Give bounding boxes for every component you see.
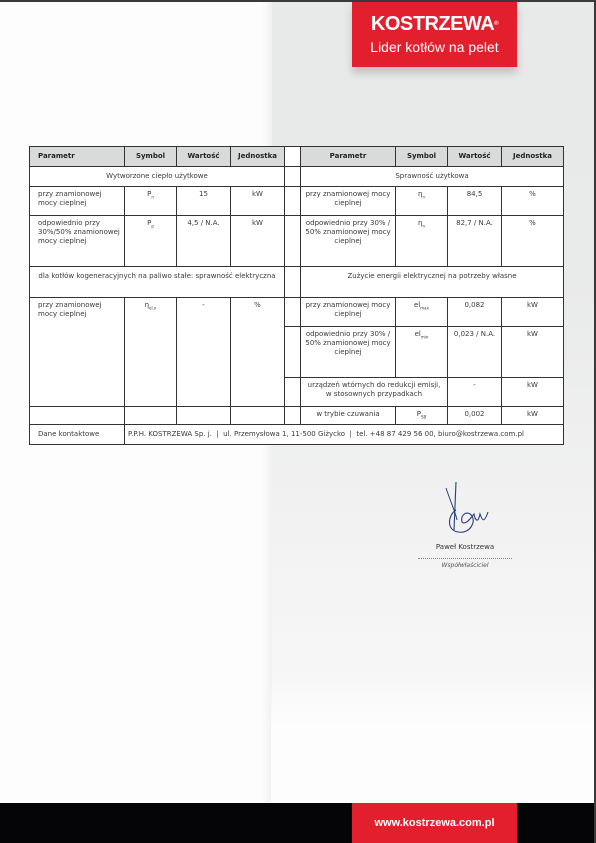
- symbol-subscript: SB: [421, 414, 426, 419]
- symbol-cell: ηn: [396, 216, 448, 267]
- table-header-row: Parametr Symbol Wartość Jednostka Parame…: [30, 147, 564, 167]
- section-row-1: Wytworzone ciepło użytkowe Sprawność uży…: [30, 167, 564, 187]
- value-cell: 4,5 / N.A.: [177, 216, 231, 267]
- param-cell: przy znamionowej mocy cieplnej: [301, 187, 396, 216]
- symbol-subscript: min: [421, 334, 429, 339]
- spacer-cell: [285, 407, 301, 425]
- spacer-cell: [285, 298, 301, 327]
- spacer-cell: [285, 378, 301, 407]
- param-cell: odpowiednio przy 30% / 50% znamionowej m…: [301, 216, 396, 267]
- contact-label: Dane kontaktowe: [30, 425, 125, 445]
- header-symbol-right: Symbol: [396, 147, 448, 167]
- empty-cell: [231, 407, 285, 425]
- symbol-subscript: n: [151, 194, 154, 199]
- symbol-cell: Pp: [125, 216, 177, 267]
- empty-cell: [30, 407, 125, 425]
- table-row: przy znamionowej mocy cieplnej Pn 15 kW …: [30, 187, 564, 216]
- contact-row: Dane kontaktowe P.P.H. KOSTRZEWA Sp. j. …: [30, 425, 564, 445]
- table-row: odpowiednio przy 30%/50% znamionowej moc…: [30, 216, 564, 267]
- empty-cell: [125, 407, 177, 425]
- symbol-subscript: n: [422, 194, 425, 199]
- unit-cell: kW: [502, 298, 564, 327]
- section-electricity-consumption: Zużycie energii elektrycznej na potrzeby…: [301, 267, 564, 298]
- header-jednostka-left: Jednostka: [231, 147, 285, 167]
- table-row: przy znamionowej mocy cieplnej ηel,n - %…: [30, 298, 564, 327]
- value-cell: 84,5: [448, 187, 502, 216]
- param-cell: przy znamionowej mocy cieplnej: [301, 298, 396, 327]
- brand-name-text: KOSTRZEWA: [371, 13, 494, 35]
- param-cell: przy znamionowej mocy cieplnej: [30, 298, 125, 407]
- symbol-cell: ηn: [396, 187, 448, 216]
- header-parametr-left: Parametr: [30, 147, 125, 167]
- value-cell: 82,7 / N.A.: [448, 216, 502, 267]
- symbol-subscript: max: [420, 305, 429, 310]
- unit-cell: %: [231, 298, 285, 407]
- header-parametr-right: Parametr: [301, 147, 396, 167]
- param-cell: w trybie czuwania: [301, 407, 396, 425]
- section-electrical-efficiency: dla kotłów kogeneracyjnych na paliwo sta…: [30, 267, 285, 298]
- signature-block: Paweł Kostrzewa Współwłaściciel: [400, 478, 530, 588]
- table-row: w trybie czuwania PSB 0,002 kW: [30, 407, 564, 425]
- header-spacer: [285, 147, 301, 167]
- signatory-name: Paweł Kostrzewa: [400, 543, 530, 551]
- header-wartosc-right: Wartość: [448, 147, 502, 167]
- value-cell: 15: [177, 187, 231, 216]
- signature-icon: [442, 480, 492, 538]
- brand-logo: KOSTRZEWA® Lider kotłów na pelet: [352, 2, 517, 67]
- signatory-role: Współwłaściciel: [400, 562, 530, 569]
- spacer-cell: [285, 187, 301, 216]
- param-cell: urządzeń wtórnych do redukcji emisji, w …: [301, 378, 448, 407]
- symbol-cell: ηel,n: [125, 298, 177, 407]
- section-row-2: dla kotłów kogeneracyjnych na paliwo sta…: [30, 267, 564, 298]
- spacer-cell: [285, 216, 301, 267]
- unit-cell: kW: [231, 187, 285, 216]
- unit-cell: kW: [502, 378, 564, 407]
- symbol-subscript: p: [151, 223, 154, 228]
- spacer-cell: [285, 167, 301, 187]
- symbol-cell: elmax: [396, 298, 448, 327]
- brand-tagline: Lider kotłów na pelet: [352, 39, 517, 55]
- parameters-table: Parametr Symbol Wartość Jednostka Parame…: [29, 146, 564, 445]
- unit-cell: kW: [231, 216, 285, 267]
- symbol-subscript: n: [422, 223, 425, 228]
- unit-cell: kW: [502, 327, 564, 378]
- symbol-cell: Pn: [125, 187, 177, 216]
- header-jednostka-right: Jednostka: [502, 147, 564, 167]
- value-cell: 0,023 / N.A.: [448, 327, 502, 378]
- contact-value: P.P.H. KOSTRZEWA Sp. j. | ul. Przemysłow…: [125, 425, 564, 445]
- empty-cell: [177, 407, 231, 425]
- header-symbol-left: Symbol: [125, 147, 177, 167]
- param-cell: przy znamionowej mocy cieplnej: [30, 187, 125, 216]
- value-cell: -: [177, 298, 231, 407]
- spacer-cell: [285, 327, 301, 378]
- signature-dotted-line: [418, 558, 512, 559]
- param-cell: odpowiednio przy 30%/50% znamionowej moc…: [30, 216, 125, 267]
- value-cell: 0,082: [448, 298, 502, 327]
- symbol-subscript: el,n: [149, 305, 156, 310]
- section-efficiency: Sprawność użytkowa: [301, 167, 564, 187]
- side-panel-fade: [271, 680, 594, 802]
- footer-website-link[interactable]: www.kostrzewa.com.pl: [352, 803, 517, 843]
- symbol-cell: elmin: [396, 327, 448, 378]
- value-cell: 0,002: [448, 407, 502, 425]
- brand-name: KOSTRZEWA®: [352, 14, 517, 34]
- registered-mark: ®: [494, 21, 498, 27]
- unit-cell: kW: [502, 407, 564, 425]
- symbol-cell: PSB: [396, 407, 448, 425]
- section-heat-output: Wytworzone ciepło użytkowe: [30, 167, 285, 187]
- value-cell: -: [448, 378, 502, 407]
- header-wartosc-left: Wartość: [177, 147, 231, 167]
- spacer-cell: [285, 267, 301, 298]
- param-cell: odpowiednio przy 30% / 50% znamionowej m…: [301, 327, 396, 378]
- unit-cell: %: [502, 216, 564, 267]
- unit-cell: %: [502, 187, 564, 216]
